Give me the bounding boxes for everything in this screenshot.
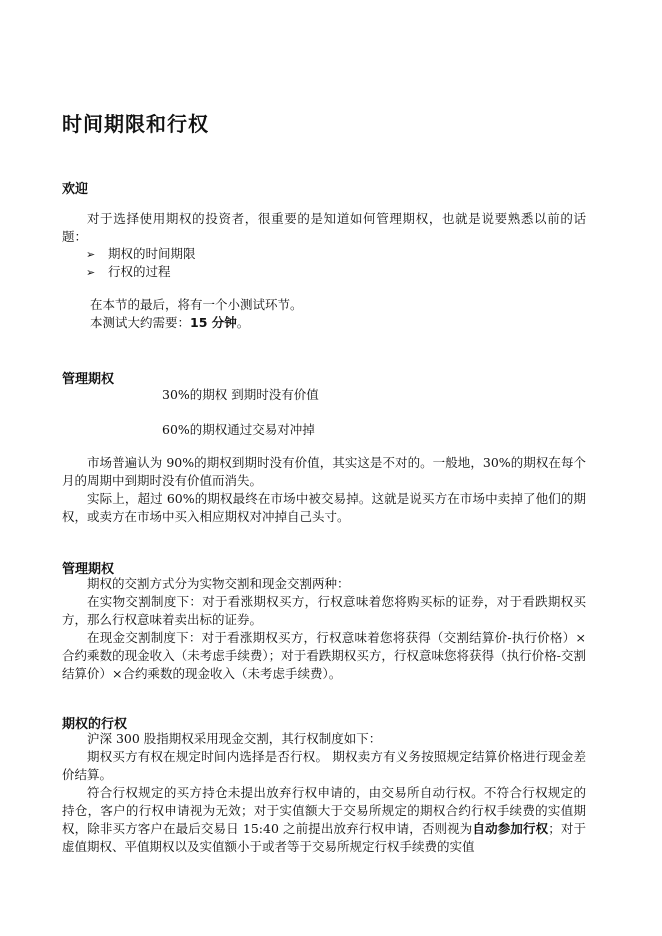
paragraph: 沪深 300 股指期权采用现金交割，其行权制度如下： xyxy=(62,730,586,748)
emphasis-auto-exercise: 自动参加行权 xyxy=(472,821,548,836)
stat-line: 30%的期权 到期时没有价值 xyxy=(162,385,319,403)
section-heading-welcome: 欢迎 xyxy=(62,178,88,197)
duration-line: 本测试大约需要：15 分钟。 xyxy=(62,314,614,332)
paragraph: 期权买方有权在规定时间内选择是否行权。 期权卖方有义务按照规定结算价格进行现金差… xyxy=(62,748,586,784)
section-heading-manage: 管理期权 xyxy=(62,368,114,387)
stat-line: 60%的期权通过交易对冲掉 xyxy=(162,420,315,438)
intro-paragraph: 对于选择使用期权的投资者，很重要的是知道如何管理期权，也就是说要熟悉以前的话题： xyxy=(62,210,586,246)
quiz-note: 在本节的最后，将有一个小测试环节。 xyxy=(62,296,614,314)
paragraph: 实际上，超过 60%的期权最终在市场中被交易掉。这就是说买方在市场中卖掉了他们的… xyxy=(62,490,586,526)
paragraph: 期权的交割方式分为实物交割和现金交割两种： xyxy=(62,575,586,593)
paragraph: 市场普遍认为 90%的期权到期时没有价值，其实这是不对的。一般地，30%的期权在… xyxy=(62,454,586,490)
list-item: ➢期权的时间期限 xyxy=(86,245,196,264)
paragraph: 符合行权规定的买方持仓未提出放弃行权申请的，由交易所自动行权。不符合行权规定的持… xyxy=(62,784,586,856)
arrow-bullet-icon: ➢ xyxy=(86,264,108,282)
list-item: ➢行权的过程 xyxy=(86,263,171,282)
page-title: 时间期限和行权 xyxy=(62,108,209,137)
paragraph: 在现金交割制度下：对于看涨期权买方，行权意味着您将获得（交割结算价-执行价格）×… xyxy=(62,629,586,683)
arrow-bullet-icon: ➢ xyxy=(86,246,108,264)
duration-value: 15 分钟 xyxy=(190,315,237,330)
paragraph: 在实物交割制度下：对于看涨期权买方，行权意味着您将购买标的证券，对于看跌期权买方… xyxy=(62,593,586,629)
